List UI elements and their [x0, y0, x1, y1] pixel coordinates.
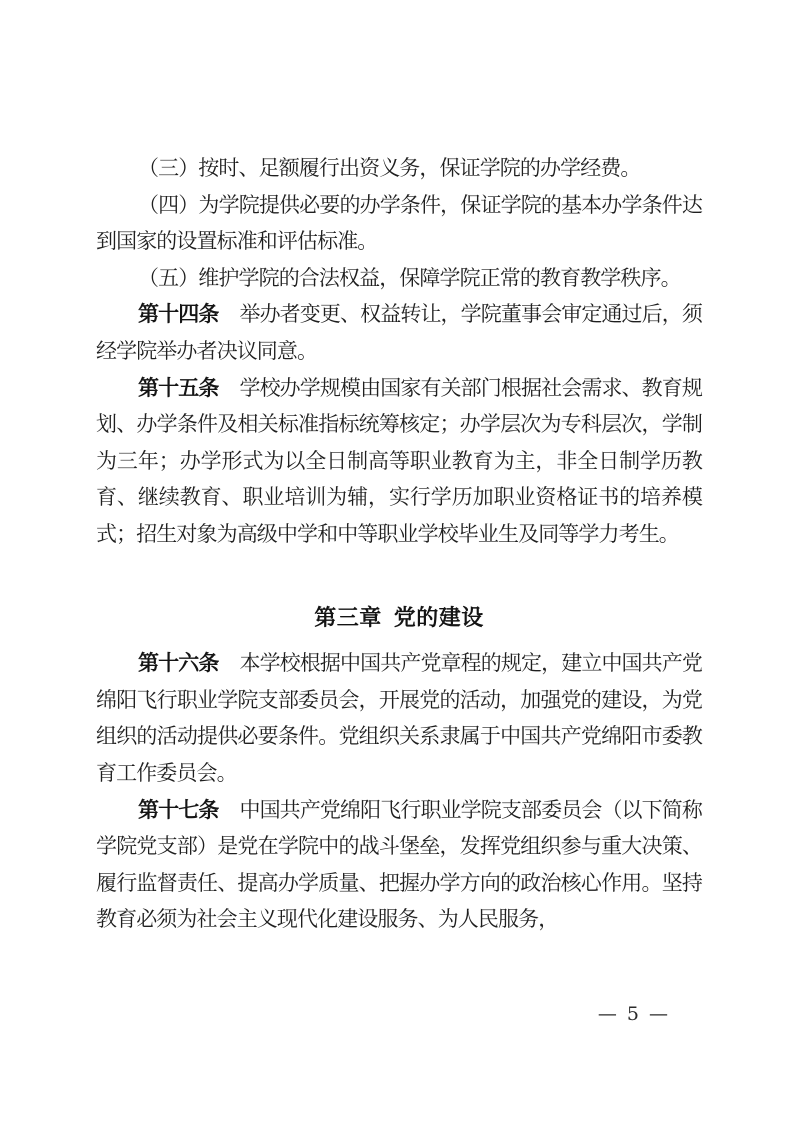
page-number: — 5 —	[598, 1003, 670, 1025]
article-paragraph: 第十六条本学校根据中国共产党章程的规定，建立中国共产党绵阳飞行职业学院支部委员会…	[96, 645, 702, 791]
chapter-number: 第三章	[314, 606, 382, 631]
paragraph-text: （四）为学院提供必要的办学条件，保证学院的基本办学条件达到国家的设置标准和评估标…	[96, 193, 702, 254]
document-page: （三）按时、足额履行出资义务，保证学院的办学经费。（四）为学院提供必要的办学条件…	[0, 0, 793, 1122]
article-number: 第十七条	[138, 797, 218, 822]
article-paragraph: 第十五条学校办学规模由国家有关部门根据社会需求、教育规划、办学条件及相关标准指标…	[96, 370, 702, 553]
paragraph: （四）为学院提供必要的办学条件，保证学院的基本办学条件达到国家的设置标准和评估标…	[96, 187, 702, 260]
paragraph-text: 学校办学规模由国家有关部门根据社会需求、教育规划、办学条件及相关标准指标统筹核定…	[96, 376, 702, 546]
article-number: 第十六条	[138, 650, 218, 675]
paragraph-text: （三）按时、足额履行出资义务，保证学院的办学经费。	[138, 156, 641, 180]
paragraph: （五）维护学院的合法权益，保障学院正常的教育教学秩序。	[96, 260, 702, 297]
chapter-heading: 第三章党的建设	[96, 601, 702, 638]
paragraph: （三）按时、足额履行出资义务，保证学院的办学经费。	[96, 150, 702, 187]
article-number: 第十四条	[138, 301, 218, 326]
article-paragraph: 第十四条举办者变更、权益转让，学院董事会审定通过后，须经学院举办者决议同意。	[96, 296, 702, 369]
article-paragraph: 第十七条中国共产党绵阳飞行职业学院支部委员会（以下简称学院党支部）是党在学院中的…	[96, 792, 702, 938]
article-number: 第十五条	[138, 375, 218, 400]
chapter-title: 党的建设	[394, 606, 484, 631]
paragraph-text: （五）维护学院的合法权益，保障学院正常的教育教学秩序。	[138, 266, 681, 290]
document-body: （三）按时、足额履行出资义务，保证学院的办学经费。（四）为学院提供必要的办学条件…	[96, 150, 702, 938]
